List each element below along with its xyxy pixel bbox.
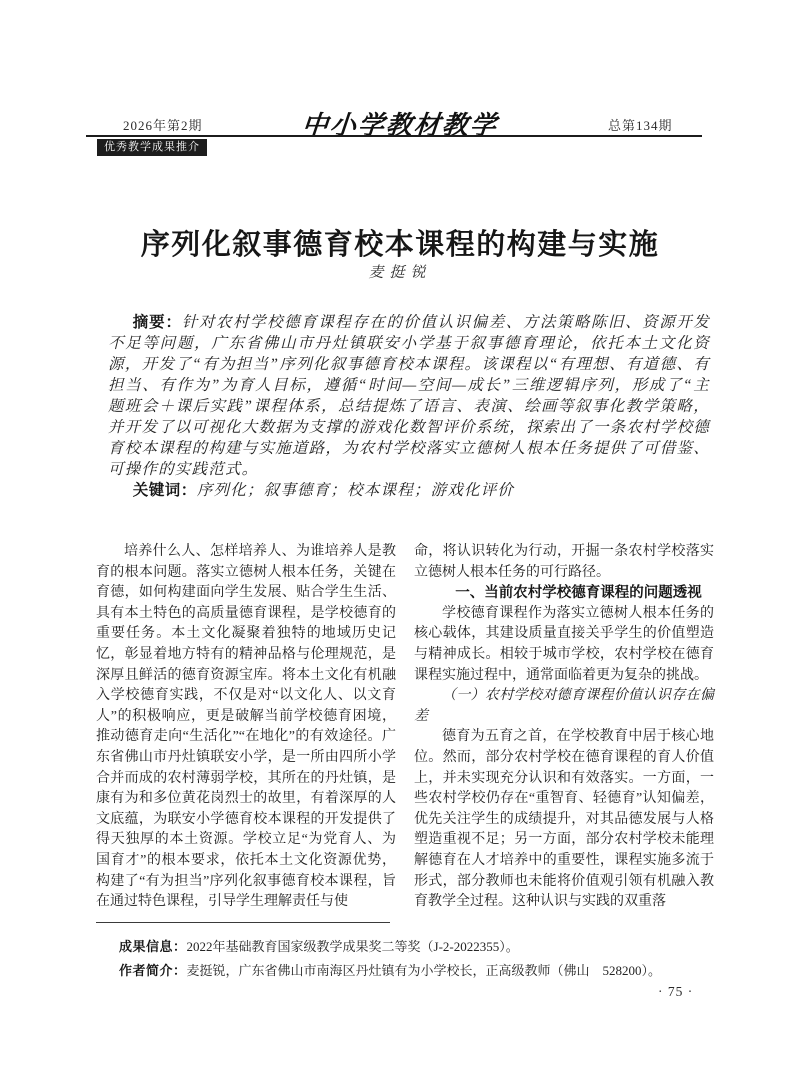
footer-info-block: 成果信息：2022年基础教育国家级教学成果奖二等奖（J-2-2022355）。 … xyxy=(119,935,719,983)
footnote-divider-line xyxy=(96,922,390,923)
subsection-heading: （一）农村学校对德育课程价值认识存在偏差 xyxy=(414,686,714,727)
keywords-text: 序列化；叙事德育；校本课程；游戏化评价 xyxy=(197,482,514,499)
body-left-column: 培养什么人、怎样培养人、为谁培养人是教育的根本问题。落实立德树人根本任务，关键在… xyxy=(96,542,396,913)
keywords-paragraph: 关键词：序列化；叙事德育；校本课程；游戏化评价 xyxy=(108,480,710,501)
section-heading: 一、当前农村学校德育课程的问题透视 xyxy=(414,583,714,604)
keywords-label: 关键词： xyxy=(133,482,197,499)
article-author: 麦挺锐 xyxy=(0,261,800,282)
achievement-info-line: 成果信息：2022年基础教育国家级教学成果奖二等奖（J-2-2022355）。 xyxy=(119,935,719,959)
achievement-info-label: 成果信息： xyxy=(119,939,187,954)
left-column-paragraph: 培养什么人、怎样培养人、为谁培养人是教育的根本问题。落实立德树人根本任务，关键在… xyxy=(96,542,396,913)
right-column-paragraph-1: 命，将认识转化为行动，开掘一条农村学校落实立德树人根本任务的可行路径。 xyxy=(414,542,714,583)
author-bio-text: 麦挺锐，广东省佛山市南海区丹灶镇有为小学校长，正高级教师（佛山 528200）。 xyxy=(187,963,662,978)
abstract-text: 针对农村学校德育课程存在的价值认识偏差、方法策略陈旧、资源开发不足等问题，广东省… xyxy=(108,314,710,478)
abstract-block: 摘要：针对农村学校德育课程存在的价值认识偏差、方法策略陈旧、资源开发不足等问题，… xyxy=(108,312,710,501)
achievement-info-text: 2022年基础教育国家级教学成果奖二等奖（J-2-2022355）。 xyxy=(187,939,519,954)
header-divider-line xyxy=(86,135,702,137)
right-column-paragraph-2: 学校德育课程作为落实立德树人根本任务的核心载体，其建设质量直接关乎学生的价值塑造… xyxy=(414,604,714,686)
article-title: 序列化叙事德育校本课程的构建与实施 xyxy=(0,222,800,263)
page-number: · 75 · xyxy=(658,984,693,1000)
body-right-column: 命，将认识转化为行动，开掘一条农村学校落实立德树人根本任务的可行路径。 一、当前… xyxy=(414,542,714,913)
abstract-label: 摘要： xyxy=(133,314,182,331)
column-section-badge: 优秀教学成果推介 xyxy=(97,139,207,156)
header-volume-number: 总第134期 xyxy=(608,115,673,134)
abstract-paragraph: 摘要：针对农村学校德育课程存在的价值认识偏差、方法策略陈旧、资源开发不足等问题，… xyxy=(108,312,710,480)
right-column-paragraph-3: 德育为五育之首，在学校教育中居于核心地位。然而，部分农村学校在德育课程的育人价值… xyxy=(414,727,714,912)
author-bio-line: 作者简介：麦挺锐，广东省佛山市南海区丹灶镇有为小学校长，正高级教师（佛山 528… xyxy=(119,959,719,983)
author-bio-label: 作者简介： xyxy=(119,963,187,978)
journal-page: 2026年第2期 中小学教材教学 总第134期 优秀教学成果推介 序列化叙事德育… xyxy=(0,0,800,1077)
